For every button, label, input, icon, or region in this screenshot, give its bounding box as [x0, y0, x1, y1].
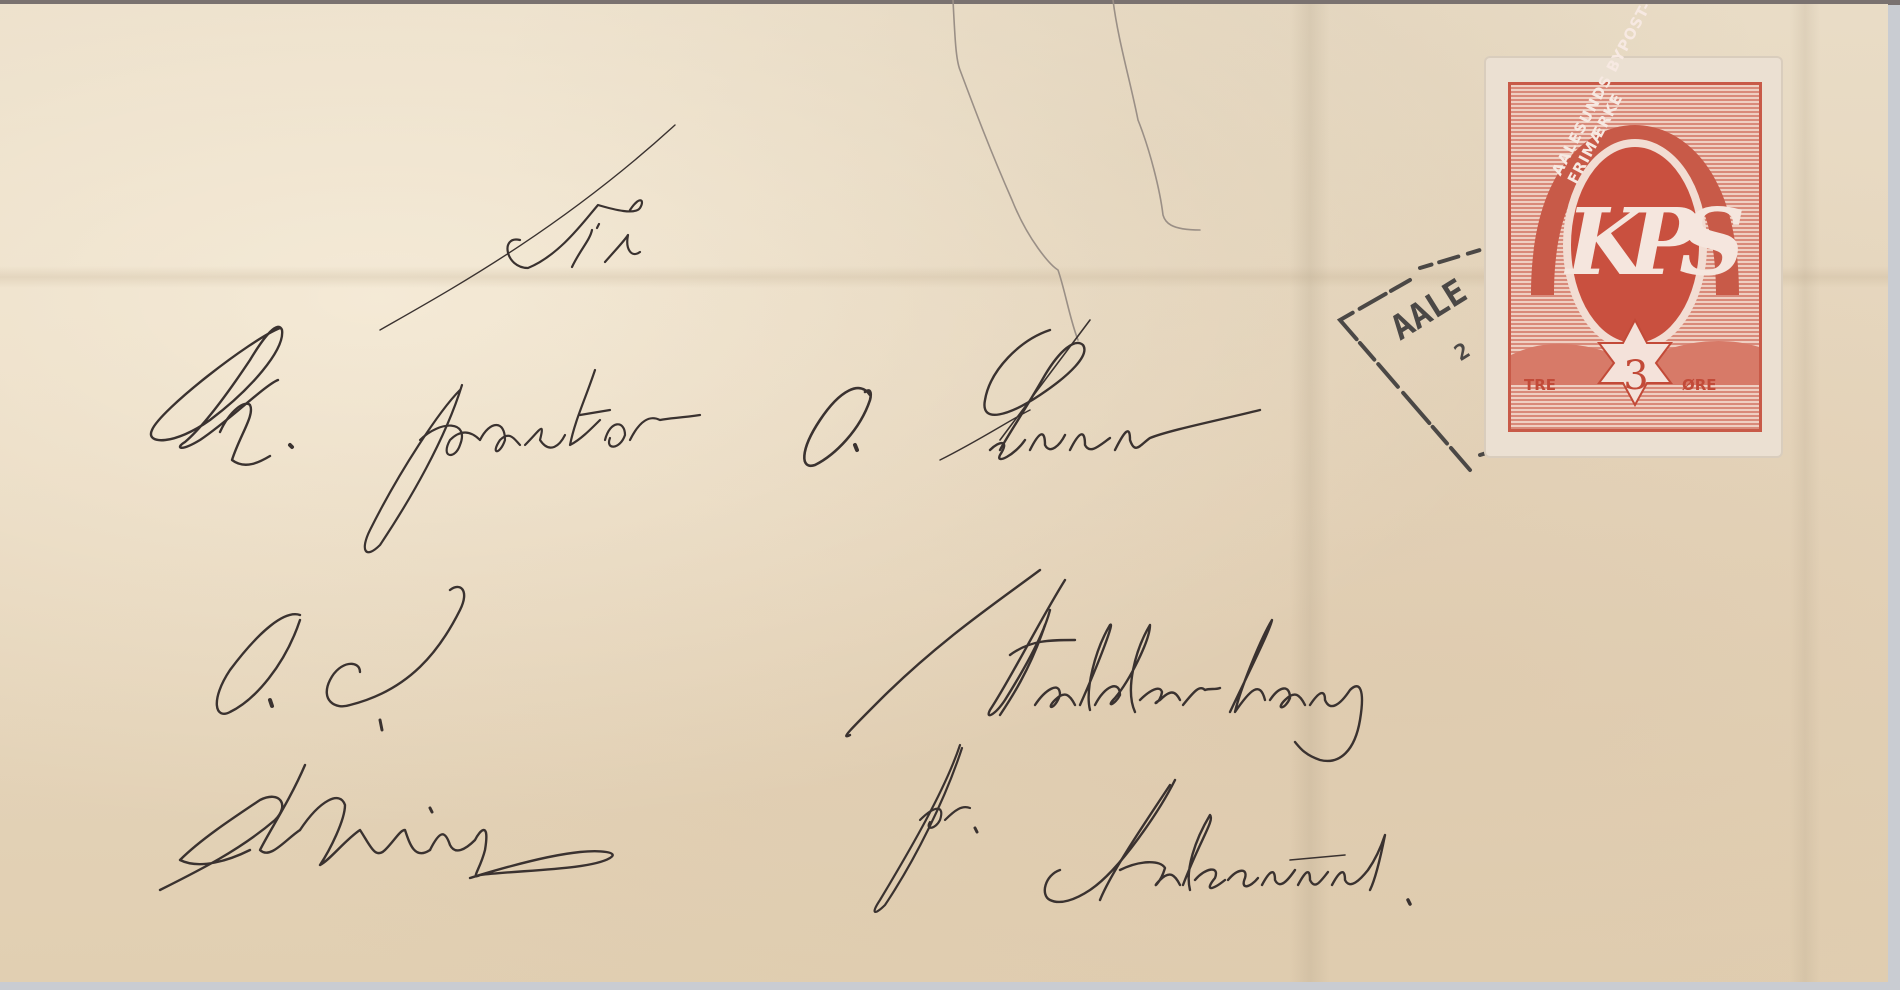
- address-line-3-left: O. S.: [210, 650, 212, 651]
- script-schmidt: [160, 765, 613, 890]
- script-pr: [875, 745, 977, 912]
- address-line-3-right: Valderhaug: [880, 650, 886, 651]
- script-pastor: [365, 370, 700, 552]
- script-o-initial: [804, 388, 870, 466]
- address-script: [151, 125, 1410, 912]
- script-valderhaug: [846, 570, 1362, 761]
- address-line-4-left: Schmidt: [180, 840, 184, 841]
- stamp-value-word-right: ØRE: [1682, 376, 1717, 394]
- address-line-2: Hr. pastor O. Dons: [150, 400, 159, 401]
- address-line-4-right: pr. Aalesund.: [880, 850, 887, 851]
- stamp-value-word-left: TRE: [1524, 376, 1556, 394]
- script-os: [217, 587, 464, 730]
- script-hr: [151, 327, 292, 465]
- postage-stamp: AALESUNDS BYPOST-FRIMÆRKE KPS TRE 3 ØRE: [1486, 58, 1781, 456]
- script-til: [380, 125, 675, 330]
- script-dons: [940, 320, 1260, 460]
- script-aalesund: [1045, 780, 1410, 904]
- address-line-1: Til: [420, 220, 421, 221]
- paper-tears: [953, 0, 1200, 340]
- stamp-monogram: KPS: [1566, 188, 1706, 296]
- stamp-value-numeral: 3: [1606, 353, 1666, 399]
